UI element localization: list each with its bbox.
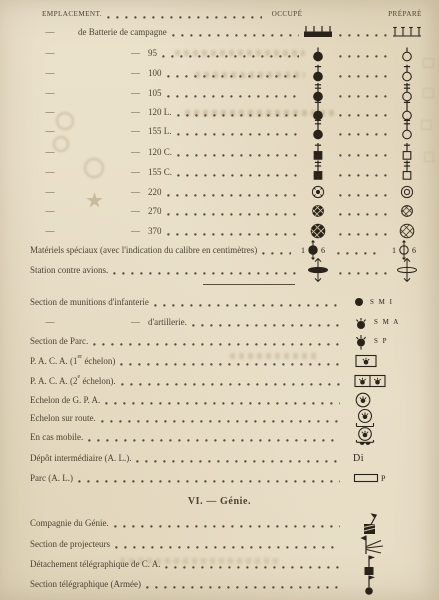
- dot-leader: [177, 114, 300, 117]
- row-label: Echelon sur route.: [30, 413, 96, 423]
- dot-leader: [339, 95, 388, 98]
- dot-leader: [339, 272, 388, 275]
- gun-155C-prepared-icon: [399, 159, 415, 181]
- row-station-contre-avions: Station contre avions.: [30, 257, 423, 283]
- gun-370-occupied-icon: [309, 222, 327, 240]
- gun-370-prepared-icon: [398, 222, 416, 240]
- dot-leader: [337, 252, 382, 255]
- paca-first-echelon-box-icon: [353, 353, 379, 369]
- dot-leader: [146, 586, 340, 589]
- row-95: —— 95: [30, 43, 423, 63]
- dot-leader: [339, 55, 388, 58]
- gun-155L-occupied-icon: [310, 118, 326, 140]
- row-label: 100: [148, 68, 162, 78]
- caliber-digit: 6: [412, 246, 416, 255]
- em-dash: —: [30, 187, 70, 197]
- dot-leader: [107, 16, 262, 19]
- bleed-through-mark: [424, 152, 434, 162]
- row-label: 220: [148, 187, 162, 197]
- em-dash: —: [70, 187, 148, 197]
- park-rectangle-icon: [353, 472, 379, 484]
- infantry-munitions-dot-icon: [353, 296, 365, 308]
- row-label: 105: [148, 88, 162, 98]
- dot-leader: [172, 34, 299, 37]
- row-220: —— 220: [30, 182, 423, 202]
- em-dash: —: [30, 167, 70, 177]
- dot-leader: [114, 525, 340, 528]
- gun-155L-prepared-icon: [399, 118, 415, 140]
- row-batterie-campagne: — de Batterie de campagne: [30, 22, 423, 42]
- row-section-munitions-artillerie: —— d'artillerie. S M A: [30, 312, 425, 332]
- park-section-grenade-icon: [353, 331, 369, 351]
- symbol-abbreviation: Di: [353, 453, 364, 464]
- bleed-through-mark: [423, 58, 434, 68]
- dot-leader: [121, 383, 340, 386]
- row-label: Echelon de G. P. A.: [30, 395, 100, 405]
- anti-aircraft-station-prepared-icon: [393, 257, 421, 283]
- row-label: d'artillerie.: [148, 317, 187, 327]
- row-label: 120 C.: [148, 147, 172, 157]
- dot-leader: [339, 133, 388, 136]
- row-label: Section télégraphique (Armée): [30, 579, 141, 589]
- em-dash: —: [30, 206, 70, 216]
- row-label: 370: [148, 226, 162, 236]
- occupied-column-header: OCCUPÉ: [265, 10, 309, 18]
- dot-leader: [167, 95, 300, 98]
- dot-leader: [78, 480, 340, 483]
- em-dash: —: [30, 27, 70, 37]
- em-dash: —: [70, 226, 148, 236]
- row-section-de-parc: Section de Parc. S P: [30, 331, 425, 351]
- row-label: 155 L.: [148, 126, 172, 136]
- row-label: En cas mobile.: [30, 432, 83, 442]
- row-label: P. A. C. A. (2e échelon).: [30, 376, 116, 386]
- row-label: Station contre avions.: [30, 265, 108, 275]
- dot-leader: [120, 363, 340, 366]
- row-label: Dépôt intermédiaire (A. L.).: [30, 453, 131, 463]
- field-battery-occupied-icon: [302, 22, 334, 42]
- gun-120C-occupied-icon: [310, 139, 326, 161]
- dot-leader: [339, 114, 388, 117]
- symbol-abbreviation: S P: [374, 337, 388, 345]
- row-270: —— 270: [30, 201, 423, 221]
- dot-leader: [339, 194, 388, 197]
- row-en-cas-mobile: En cas mobile.: [30, 423, 425, 451]
- row-370: —— 370: [30, 221, 423, 241]
- dot-leader: [154, 304, 340, 307]
- em-dash: —: [70, 68, 148, 78]
- caliber-digit: 1: [392, 246, 396, 255]
- emplacement-header: EMPLACEMENT.: [30, 10, 102, 18]
- row-label: Matériels spéciaux (avec l'indication du…: [30, 245, 257, 255]
- row-label: 120 L.: [148, 107, 172, 117]
- em-dash: —: [30, 126, 70, 136]
- dot-leader: [162, 55, 299, 58]
- telegraph-section-army-icon: [359, 572, 379, 596]
- row-105: —— 105: [30, 83, 423, 103]
- dot-leader: [88, 439, 340, 442]
- gun-100-prepared-icon: [399, 60, 415, 82]
- dot-leader: [167, 194, 300, 197]
- row-label: 270: [148, 206, 162, 216]
- row-label: Section de Parc.: [30, 336, 88, 346]
- mobile-depot-wheels-icon: [353, 426, 377, 449]
- dot-leader: [167, 75, 300, 78]
- em-dash: —: [70, 107, 148, 117]
- gun-120C-prepared-icon: [399, 139, 415, 161]
- row-label: Section de munitions d'infanterie: [30, 297, 149, 307]
- row-label: Parc (A. L.): [30, 473, 73, 483]
- em-dash: —: [70, 317, 148, 327]
- dot-leader: [136, 460, 340, 463]
- paca-second-echelon-box-icon: [353, 373, 387, 389]
- symbol-abbreviation: S M I: [370, 298, 393, 306]
- dot-leader: [339, 213, 388, 216]
- row-label: 95: [148, 48, 157, 58]
- bleed-through-mark: [423, 88, 434, 98]
- gun-270-occupied-icon: [310, 203, 326, 219]
- caliber-digit: 1: [301, 246, 305, 255]
- em-dash: —: [30, 88, 70, 98]
- gun-95-prepared-icon: [399, 40, 415, 62]
- row-120C: —— 120 C.: [30, 142, 423, 162]
- genie-section-heading: VI. — Génie.: [0, 496, 439, 507]
- gun-155C-occupied-icon: [310, 159, 326, 181]
- em-dash: —: [30, 68, 70, 78]
- em-dash: —: [30, 107, 70, 117]
- artillery-munitions-grenade-icon: [353, 313, 369, 331]
- dot-leader: [113, 272, 299, 275]
- row-section-munitions-infanterie: Section de munitions d'infanterie S M I: [30, 292, 425, 312]
- row-depot-intermediaire: Dépôt intermédiaire (A. L.). Di: [30, 448, 425, 468]
- dot-leader: [177, 133, 300, 136]
- dot-leader: [339, 154, 388, 157]
- em-dash: —: [30, 317, 70, 327]
- dot-leader: [177, 174, 299, 177]
- em-dash: —: [70, 126, 148, 136]
- symbol-abbreviation: S M A: [374, 318, 400, 326]
- em-dash: —: [70, 48, 148, 58]
- dot-leader: [339, 75, 388, 78]
- table-header-row: EMPLACEMENT. OCCUPÉ PRÉPARÉ: [30, 4, 433, 24]
- row-155C: —— 155 C.: [30, 162, 423, 182]
- dot-leader: [165, 566, 340, 569]
- row-label: 155 C.: [148, 167, 172, 177]
- em-dash: —: [70, 206, 148, 216]
- row-parc-al: Parc (A. L.) P: [30, 468, 425, 488]
- prepared-column-header: PRÉPARÉ: [377, 10, 433, 18]
- dot-leader: [93, 343, 340, 346]
- gun-100-occupied-icon: [310, 60, 326, 82]
- anti-aircraft-station-occupied-icon: [304, 257, 332, 283]
- row-label: Détachement télégraphique de C. A.: [30, 559, 160, 569]
- dot-leader: [167, 233, 300, 236]
- row-100: —— 100: [30, 63, 423, 83]
- dot-leader: [262, 252, 291, 255]
- row-label: Section de projecteurs: [30, 539, 110, 549]
- dot-leader: [192, 324, 340, 327]
- dot-leader: [339, 174, 388, 177]
- em-dash: —: [30, 147, 70, 157]
- caliber-digit: 6: [321, 246, 325, 255]
- field-battery-prepared-icon: [391, 22, 423, 42]
- row-120L: —— 120 L.: [30, 102, 423, 122]
- section-divider: [203, 284, 295, 285]
- row-paca-1er-echelon: P. A. C. A. (1er échelon): [30, 351, 425, 371]
- em-dash: —: [30, 226, 70, 236]
- em-dash: —: [70, 167, 148, 177]
- dot-leader: [177, 154, 299, 157]
- row-section-telegraphique-armee: Section télégraphique (Armée): [30, 572, 425, 596]
- dot-leader: [115, 546, 340, 549]
- gun-270-prepared-icon: [399, 203, 415, 219]
- dot-leader: [167, 213, 300, 216]
- scanned-document-page: EMPLACEMENT. OCCUPÉ PRÉPARÉ — de Batteri…: [0, 0, 439, 600]
- row-label: Compagnie du Génie.: [30, 518, 109, 528]
- gun-95-occupied-icon: [310, 40, 326, 62]
- dot-leader: [339, 233, 388, 236]
- row-155L: —— 155 L.: [30, 121, 423, 141]
- dot-leader: [339, 34, 388, 37]
- em-dash: —: [70, 88, 148, 98]
- row-paca-2e-echelon: P. A. C. A. (2e échelon).: [30, 371, 425, 391]
- gun-220-prepared-icon: [399, 184, 415, 200]
- em-dash: —: [70, 147, 148, 157]
- row-label: P. A. C. A. (1er échelon): [30, 356, 115, 366]
- gun-220-occupied-icon: [310, 184, 326, 200]
- symbol-abbreviation: P: [381, 474, 385, 483]
- em-dash: —: [30, 48, 70, 58]
- row-label: de Batterie de campagne: [70, 27, 167, 37]
